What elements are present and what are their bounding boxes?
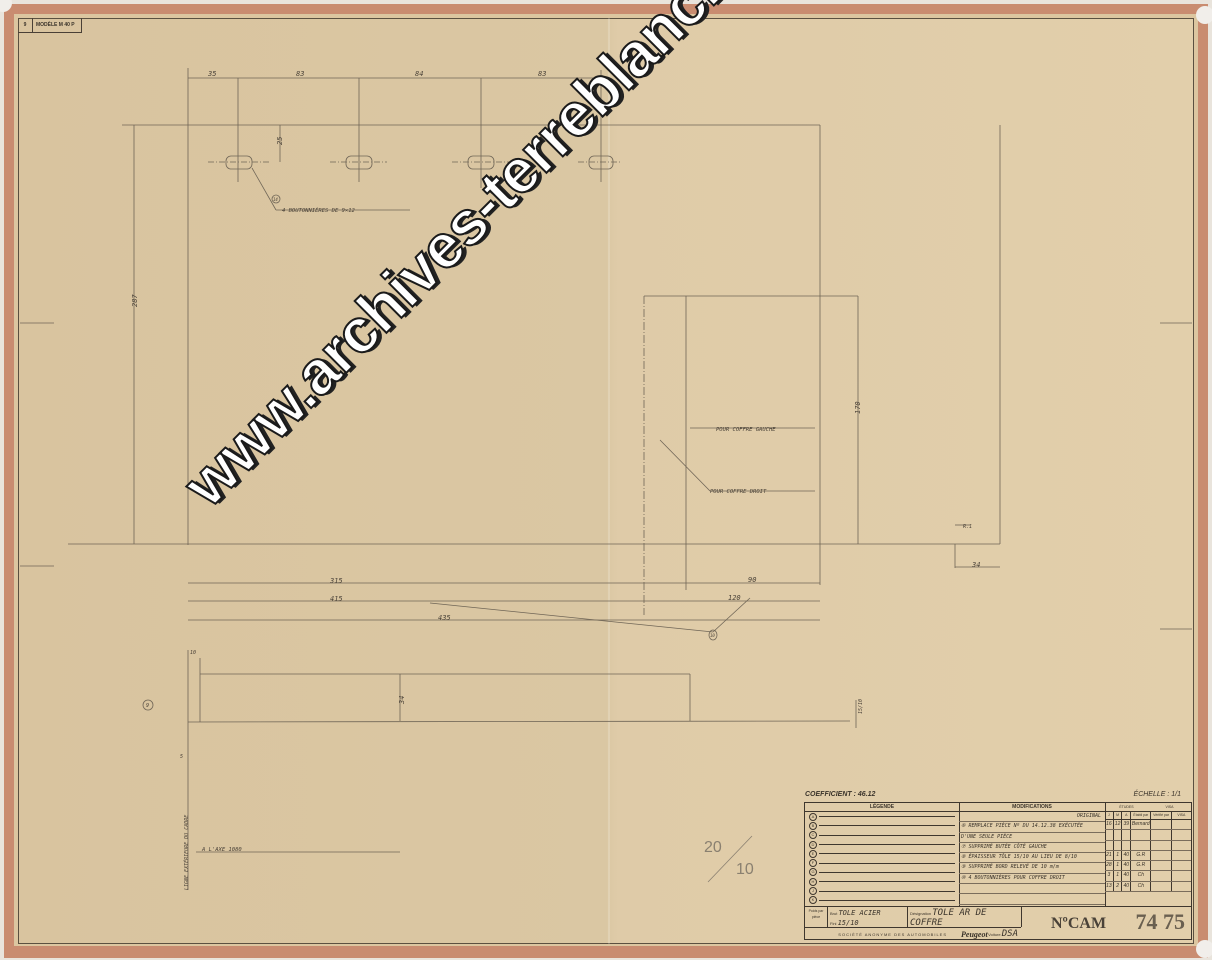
axis-note: A L'AXE 1080 [201, 847, 242, 853]
ref-14: 14 [273, 197, 278, 202]
drawing-number: NºCAM 74 75 [1021, 907, 1191, 941]
dim-10: 10 [190, 650, 196, 656]
dim-34: 34 [971, 561, 980, 569]
grid-row [1105, 830, 1191, 840]
dim-415: 415 [330, 595, 343, 603]
mod-row: ⑩ 4 BOUTONNIÈRES POUR COFFRE DROIT [959, 874, 1105, 884]
ncam-number: 74 75 [1136, 909, 1186, 935]
modifications-panel: MODIFICATIONS ORIGINAL ⑥ REMPLACE PIÈCE … [959, 803, 1106, 906]
grid-row: 3140Ch [1105, 871, 1191, 881]
dim-84: 84 [415, 70, 423, 78]
grid-row: 161239Bernard [1105, 820, 1191, 830]
grid-row: 21140G.R [1105, 851, 1191, 861]
grid-header: ÉTUDESVISA [1105, 803, 1191, 812]
dim-34-flange: 34 [398, 696, 406, 705]
legend-row: C [805, 831, 959, 840]
dim-120: 120 [728, 594, 741, 602]
ref-9: 9 [146, 703, 149, 709]
dim-radius: R.1 [963, 524, 972, 530]
legend-row: G [805, 868, 959, 877]
legend-row: F [805, 858, 959, 867]
legend-row: E [805, 849, 959, 858]
pencil-note-denominator: 10 [736, 861, 754, 878]
dim-287: 287 [131, 294, 139, 307]
mod-row: D'UNE SEULE PIÈCE [959, 833, 1105, 843]
mod-row: ⑨ SUPPRIMÉ BORD RELEVÉ DE 10 m/m [959, 863, 1105, 873]
thickness-value: 15/10 [838, 919, 859, 927]
ncam-label: NºCAM [1051, 915, 1106, 933]
weight-label: Poids par pièce [805, 907, 828, 928]
mod-row: ⑧ ÉPAISSEUR TÔLE 15/10 AU LIEU DE 8/10 [959, 853, 1105, 863]
legend-panel: LÉGENDE A B C D E F G H J K [805, 803, 960, 906]
ref-10: 10 [710, 633, 715, 638]
dim-25: 25 [276, 137, 284, 145]
mod-row [959, 884, 1105, 894]
dim-83b: 83 [538, 70, 546, 78]
pencil-note: 20 [704, 839, 722, 856]
legend-header: LÉGENDE [805, 803, 959, 812]
title-block-bottom: Poids par pièce Brut TOLE ACIER Fini 15/… [805, 906, 1191, 941]
mod-row: ⑦ SUPPRIMÉ BUTÉE CÔTÉ GAUCHE [959, 843, 1105, 853]
legend-row: H [805, 877, 959, 886]
grid-row [1105, 841, 1191, 851]
approval-grid: ÉTUDESVISA JMAÉtabli parVérifié parVISA … [1105, 803, 1191, 906]
right-trunk-note: POUR COFFRE DROIT [710, 489, 767, 495]
left-trunk-note: POUR COFFRE GAUCHE [716, 427, 776, 433]
company-line: SOCIÉTÉ ANONYME DES AUTOMOBILES Peugeot [805, 927, 1021, 941]
mod-row [959, 894, 1105, 904]
axis-label: LIGNE EXTÉRIEURE DU CADRE [182, 815, 190, 890]
material-value: TOLE ACIER [838, 909, 880, 917]
dim-170: 170 [854, 401, 862, 414]
mods-header: MODIFICATIONS [959, 803, 1105, 812]
company-name: SOCIÉTÉ ANONYME DES AUTOMOBILES [838, 932, 947, 937]
material-field: Brut TOLE ACIER Fini 15/10 [827, 907, 908, 927]
legend-row: A [805, 812, 959, 821]
grid-row: 28140G.R [1105, 861, 1191, 871]
legend-row: D [805, 840, 959, 849]
designation-field: Désignation TOLE AR DE COFFRE Voiture DS… [907, 907, 1022, 927]
dim-83a: 83 [296, 70, 304, 78]
legend-row: B [805, 821, 959, 830]
dim-35: 35 [207, 70, 216, 78]
scale: ÉCHELLE : 1/1 [1134, 791, 1181, 798]
title-block: COEFFICIENT : 46.12 ÉCHELLE : 1/1 LÉGEND… [804, 802, 1192, 940]
dim-5: 5 [180, 754, 183, 760]
dim-435: 435 [438, 614, 451, 622]
legend-row: K [805, 896, 959, 905]
dim-90: 90 [748, 576, 756, 584]
mod-row: ORIGINAL [959, 812, 1105, 822]
dim-315: 315 [329, 577, 343, 585]
grid-subheader: JMAÉtabli parVérifié parVISA [1105, 812, 1191, 820]
grid-row: 13240Ch [1105, 882, 1191, 892]
slots-note: 4 BOUTONNIÈRES DE 9×12 [282, 206, 356, 214]
mod-row: ⑥ REMPLACE PIÈCE Nº DU 14.12.38 EXÉCUTÉE [959, 822, 1105, 832]
coefficient: COEFFICIENT : 46.12 [805, 791, 875, 798]
dim-thickness: 15/10 [858, 699, 864, 714]
brand-logo: Peugeot [961, 930, 988, 939]
legend-row: J [805, 886, 959, 895]
